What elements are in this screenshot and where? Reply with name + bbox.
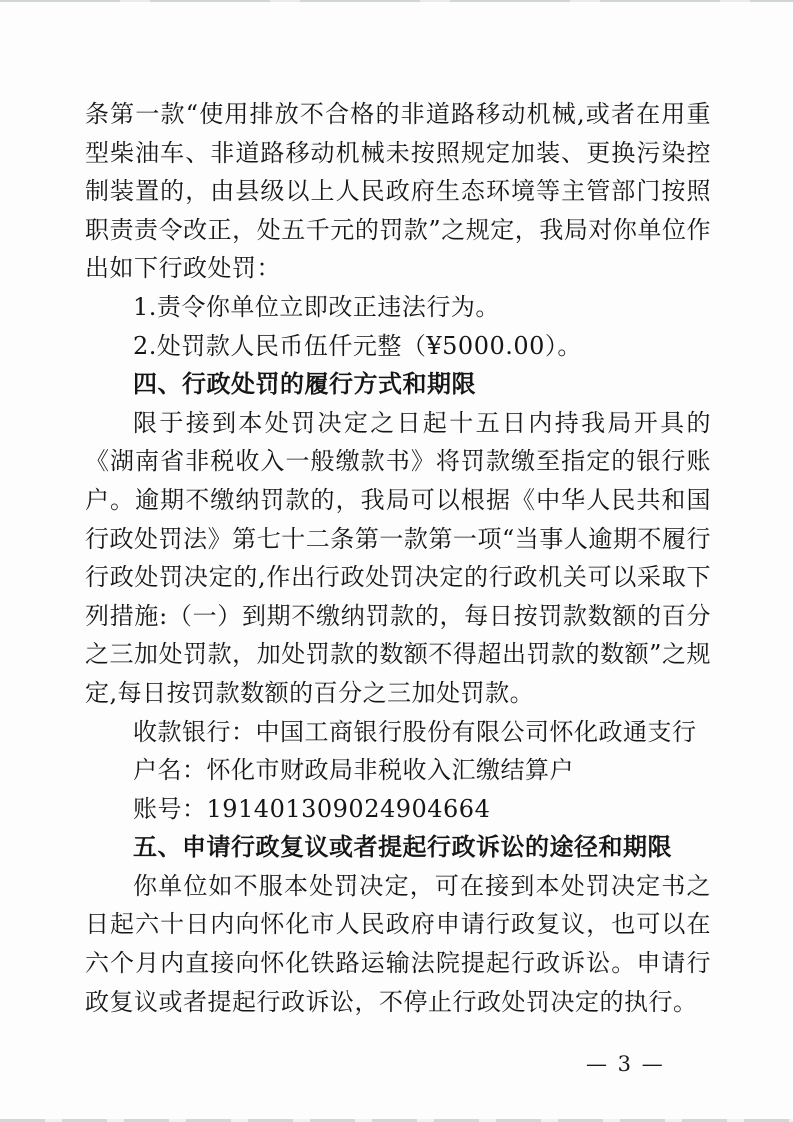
penalty-item-1: 1.责令你单位立即改正违法行为。 bbox=[85, 288, 711, 327]
scanned-document-page: 条第一款“使用排放不合格的非道路移动机械,或者在用重型柴油车、非道路移动机械未按… bbox=[0, 0, 793, 1122]
page-number: — 3 — bbox=[586, 1052, 665, 1076]
paragraph-appeal-rights: 你单位如不服本处罚决定，可在接到本处罚决定书之日起六十日内向怀化市人民政府申请行… bbox=[85, 867, 711, 1021]
bank-name-line: 收款银行：中国工商银行股份有限公司怀化政通支行 bbox=[85, 713, 711, 752]
paragraph-statute-continuation: 条第一款“使用排放不合格的非道路移动机械,或者在用重型柴油车、非道路移动机械未按… bbox=[85, 95, 711, 288]
scan-edge-artifact-top bbox=[0, 0, 793, 2]
account-holder-line: 户名：怀化市财政局非税收入汇缴结算户 bbox=[85, 751, 711, 790]
section-heading-4-performance-method: 四、行政处罚的履行方式和期限 bbox=[85, 365, 711, 404]
document-body: 条第一款“使用排放不合格的非道路移动机械,或者在用重型柴油车、非道路移动机械未按… bbox=[85, 95, 711, 1021]
penalty-item-2: 2.处罚款人民币伍仟元整（¥5000.00）。 bbox=[85, 327, 711, 366]
paragraph-payment-instructions: 限于接到本处罚决定之日起十五日内持我局开具的《湖南省非税收入一般缴款书》将罚款缴… bbox=[85, 404, 711, 713]
section-heading-5-appeal-channels: 五、申请行政复议或者提起行政诉讼的途径和期限 bbox=[85, 828, 711, 867]
account-number-line: 账号：191401309024904664 bbox=[85, 790, 711, 829]
